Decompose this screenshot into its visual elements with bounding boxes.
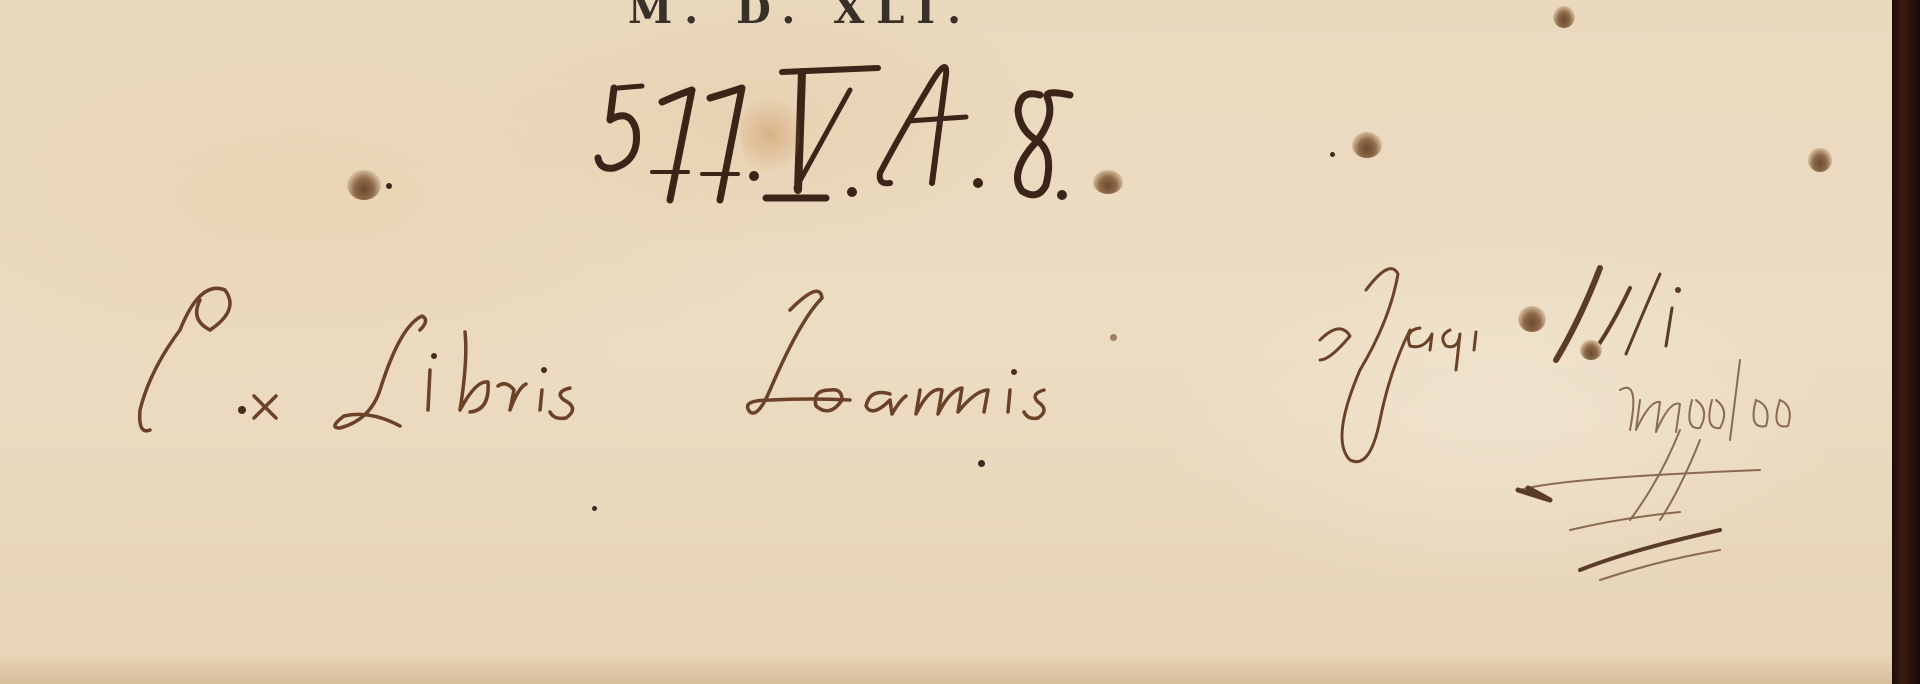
worm-hole xyxy=(1808,148,1832,172)
ink-speck xyxy=(1110,334,1117,341)
worm-hole xyxy=(1553,6,1575,28)
foxing-stain xyxy=(740,90,800,180)
ink-speck xyxy=(386,183,392,189)
worm-hole xyxy=(1352,132,1382,158)
ink-speck xyxy=(978,460,985,467)
worm-hole xyxy=(1518,306,1546,332)
worm-hole xyxy=(1093,170,1123,194)
book-page: M. D. XLI. xyxy=(0,0,1894,684)
ex-libris-inscription: Ex Libris Ioannis Jagielski xyxy=(130,260,1250,460)
worm-hole xyxy=(347,170,381,200)
worm-hole xyxy=(1580,340,1602,360)
book-binding-edge xyxy=(1892,0,1920,684)
imprint-date: M. D. XLI. xyxy=(628,0,973,33)
page-bottom-edge xyxy=(0,654,1892,684)
signature xyxy=(1300,250,1860,610)
ink-speck xyxy=(592,506,597,511)
shelfmark-part-2 xyxy=(870,45,1130,225)
ink-speck xyxy=(1330,152,1335,157)
